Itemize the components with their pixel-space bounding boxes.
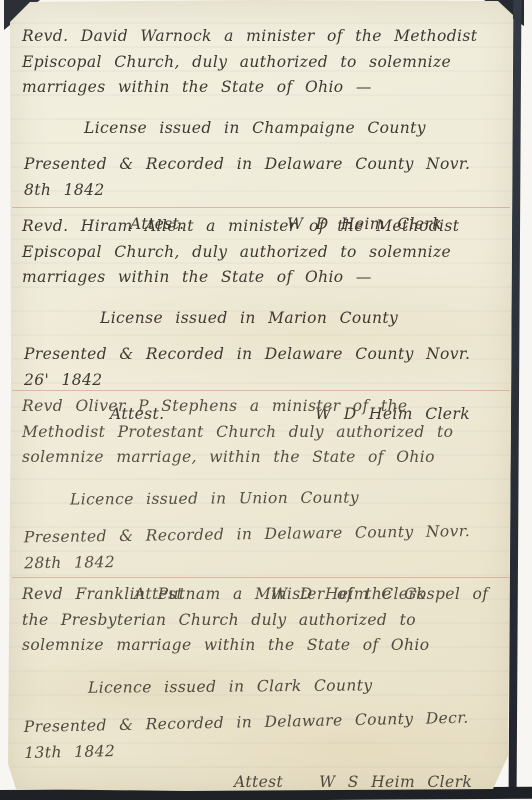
entry-body-text: Revd Franklin Putnam a Minister of the G… [22,582,494,659]
license-line: License issued in Champaigne County [84,116,500,142]
presented-recorded-line: Presented & Recorded in Delaware County … [24,705,501,766]
license-line: Licence issued in Clark County [88,672,500,701]
license-line: Licence issued in Union County [70,484,500,513]
entry-body-text: Revd. Hiram Allent a minister of the Met… [22,214,494,291]
license-line: License issued in Marion County [100,306,500,332]
entry-body-text: Revd. David Warnock a minister of the Me… [22,24,494,101]
presented-recorded-line: Presented & Recorded in Delaware County … [24,519,501,577]
record-entry: Revd Oliver P Stephens a minister of the… [22,394,500,608]
ledger-page: Revd. David Warnock a minister of the Me… [6,0,518,794]
scanned-document: Revd. David Warnock a minister of the Me… [0,0,532,800]
presented-recorded-line: Presented & Recorded in Delaware County … [24,152,500,203]
entry-body-text: Revd Oliver P Stephens a minister of the… [22,394,494,471]
presented-recorded-line: Presented & Recorded in Delaware County … [24,342,500,393]
record-entry: Revd Franklin Putnam a Minister of the G… [22,582,500,796]
record-entry: Revd. David Warnock a minister of the Me… [22,24,500,238]
